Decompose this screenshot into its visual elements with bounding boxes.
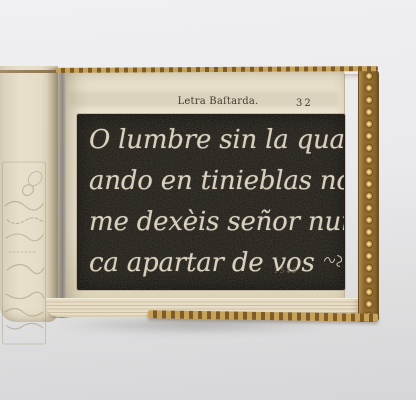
flourish-curl-icon <box>323 244 344 278</box>
right-gilt-edge <box>358 70 379 322</box>
script-line-4: ca apartar de vos <box>89 243 344 284</box>
script-line-2: ando en tinieblas no <box>89 161 344 202</box>
script-line-3: me dexèis señor nun <box>89 202 344 243</box>
page-number: 32 <box>296 98 313 109</box>
right-page: Letra Baſtarda. 32 O lumbre sin la qual … <box>66 70 345 303</box>
engraver-mark: 1549 <box>274 267 298 275</box>
pink-fore-edge <box>344 74 358 312</box>
running-title: Letra Baſtarda. <box>152 96 284 107</box>
script-line-4-text: ca apartar de vos <box>89 243 315 284</box>
script-line-1: O lumbre sin la qual <box>89 120 344 161</box>
photo-scene: Letra Baſtarda. 32 O lumbre sin la qual … <box>0 0 416 400</box>
script-block: O lumbre sin la qual ando en tinieblas n… <box>78 115 344 284</box>
calligraphy-plate: O lumbre sin la qual ando en tinieblas n… <box>77 114 345 290</box>
ghost-showthrough <box>1 160 47 348</box>
